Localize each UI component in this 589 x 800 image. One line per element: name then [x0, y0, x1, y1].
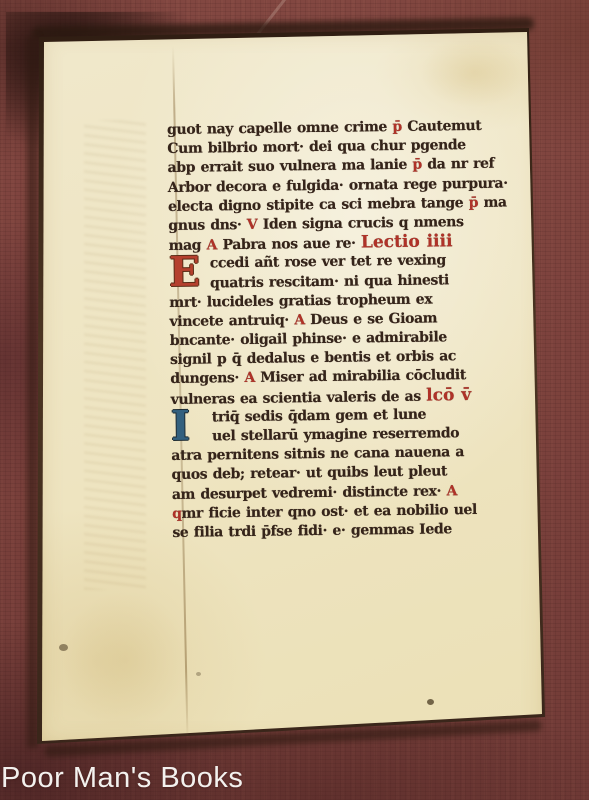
text-segment: A: [206, 237, 222, 253]
text-segment: am desurpet vedremi· distincte rex·: [172, 483, 447, 503]
parchment-speck: [196, 672, 201, 676]
illuminated-initial-e: E: [169, 255, 210, 293]
text-paragraph: guot nay capelle omne crime p̄ CautemutC…: [167, 117, 507, 256]
text-segment: ma: [483, 194, 506, 210]
text-segment: A: [294, 312, 310, 328]
text-paragraph: Itriq̄ sedis q̄dam gem et luneuel stella…: [171, 404, 511, 543]
text-segment: V: [247, 217, 263, 233]
text-segment: mag: [169, 238, 207, 254]
parchment-speck: [427, 699, 434, 705]
text-segment: Iden signa crucis q nmens: [263, 214, 464, 233]
manuscript-photo: guot nay capelle omne crime p̄ CautemutC…: [0, 0, 589, 800]
text-segment: A: [446, 483, 457, 499]
text-segment: p̄: [412, 157, 427, 173]
text-paragraph: Eccedi añt rose ver tet re vexingquatris…: [169, 251, 509, 409]
text-segment: Cautemut: [407, 118, 481, 135]
ink-showthrough: [84, 120, 146, 590]
text-segment: signil p q̄ dedalus e bentis et orbis ac: [170, 348, 456, 368]
text-segment: Pabra nos aue re·: [222, 236, 361, 254]
text-block: guot nay capelle omne crime p̄ CautemutC…: [167, 117, 510, 544]
illuminated-initial-i: I: [171, 408, 212, 446]
text-segment: vulneras ea scientia valeris de as: [171, 388, 427, 407]
text-segment: quatris rescitam· ni qua hinesti: [210, 272, 449, 291]
text-segment: guot nay capelle omne crime: [167, 119, 393, 138]
text-segment: vincete antruiq·: [170, 312, 295, 330]
parchment-stain: [420, 36, 530, 108]
rubric-text: Lectio iiii: [361, 231, 453, 252]
text-segment: p̄: [392, 119, 407, 135]
text-segment: dungens·: [170, 370, 244, 387]
text-segment: atra pernitens sitnis ne cana nauena a: [171, 444, 464, 464]
rubric-text: lcō v̄: [426, 385, 471, 406]
text-segment: Cum bilbrio mort· dei qua chur pgende: [167, 137, 466, 157]
text-segment: triq̄ sedis q̄dam gem et lune: [212, 406, 426, 425]
text-segment: uel stellarū ymagine reserremdo: [212, 425, 459, 444]
text-segment: A: [244, 370, 260, 386]
text-segment: Deus e se Gioam: [310, 310, 437, 328]
parchment-stain: [60, 590, 190, 730]
text-segment: Miser ad mirabilia cōcludit: [260, 368, 466, 387]
text-segment: p̄: [469, 195, 484, 211]
text-segment: electa digno stipite ca sci mebra tange: [168, 195, 469, 215]
text-segment: quos deb; retear· ut quibs leut pleut: [172, 464, 448, 484]
page-left-shadow: [27, 36, 38, 748]
text-segment: se filia trdi p̄fse fidi· e· gemmas Iede: [172, 521, 452, 541]
text-segment: da nr ref: [427, 156, 494, 173]
text-segment: mr ficie inter qno ost· et ea nobilio ue…: [181, 502, 477, 522]
watermark-text: Poor Man's Books: [1, 762, 243, 795]
parchment-speck: [59, 644, 68, 651]
text-segment: mrt· lucideles gratias tropheum ex: [169, 291, 432, 310]
text-segment: gnus dns·: [168, 217, 247, 234]
text-segment: Arbor decora e fulgida· ornata rege purp…: [168, 175, 508, 195]
text-segment: bncante· oligail phinse· e admirabile: [170, 329, 447, 349]
text-segment: abp errait suo vulnera ma lanie: [168, 157, 413, 176]
text-segment: ccedi añt rose ver tet re vexing: [210, 253, 446, 272]
